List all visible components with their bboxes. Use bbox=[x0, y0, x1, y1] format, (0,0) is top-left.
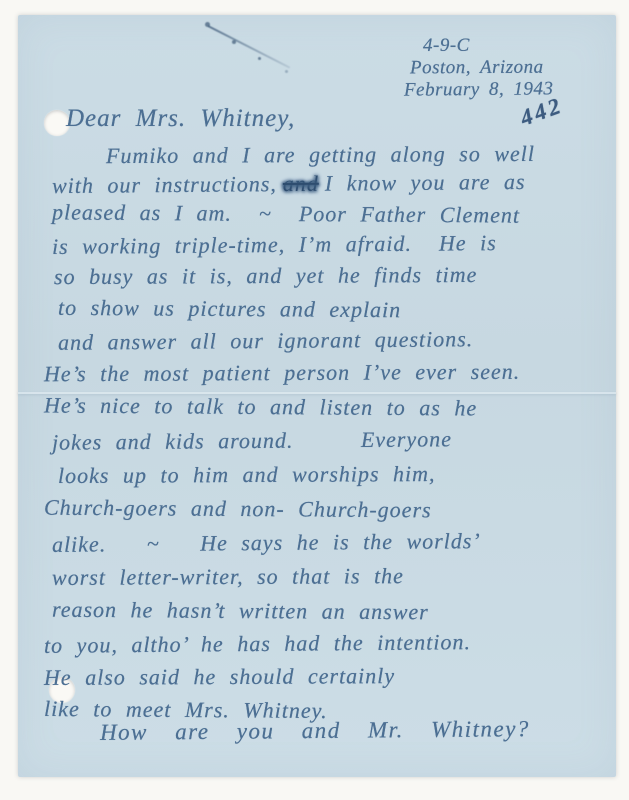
handwriting-line: worst letter-writer, so that is the bbox=[52, 563, 404, 591]
handwriting-line-corrected: with our instructions,andI know you are … bbox=[52, 169, 526, 199]
ink-smudge-dot bbox=[205, 22, 210, 27]
handwriting-line: to you, altho’ he has had the intention. bbox=[44, 629, 471, 659]
ink-smudge bbox=[208, 25, 291, 69]
salutation: Dear Mrs. Whitney, bbox=[66, 105, 295, 133]
handwriting-line: alike. ~ He says he is the worlds’ bbox=[52, 528, 481, 558]
handwriting-line: reason he hasn’t written an answer bbox=[52, 597, 429, 626]
ink-smudge-dot bbox=[285, 70, 288, 73]
handwriting-line: so busy as it is, and yet he finds time bbox=[54, 262, 478, 290]
handwriting-line: is working triple-time, I’m afraid. He i… bbox=[52, 230, 497, 260]
handwriting-line: pleased as I am. ~ Poor Father Clement bbox=[52, 199, 520, 228]
closing-question: How are you and Mr. Whitney? bbox=[100, 716, 530, 746]
handwriting-line: He also said he should certainly bbox=[44, 663, 395, 691]
header-date: February 8, 1943 bbox=[404, 78, 554, 101]
letter-scan: { "letter": { "header": { "address_line"… bbox=[0, 0, 629, 800]
handwriting-line: Church-goers and non- Church-goers bbox=[44, 495, 432, 524]
ink-smudge-dot bbox=[258, 57, 261, 60]
handwriting-line: He’s nice to talk to and listen to as he bbox=[44, 392, 477, 421]
handwriting-line: He’s the most patient person I’ve ever s… bbox=[44, 359, 520, 387]
handwriting-line: Fumiko and I are getting along so well bbox=[106, 141, 535, 169]
handwriting-line: and answer all our ignorant questions. bbox=[58, 326, 473, 356]
handwriting-line: to show us pictures and explain bbox=[58, 295, 401, 323]
struck-word: and bbox=[283, 171, 319, 196]
ink-smudge-dot bbox=[232, 40, 236, 44]
line-text-post: I know you are as bbox=[325, 169, 526, 196]
handwriting-line: jokes and kids around. Everyone bbox=[52, 426, 452, 455]
header-location: Poston, Arizona bbox=[410, 57, 544, 80]
handwriting-line: looks up to him and worships him, bbox=[58, 461, 436, 489]
letter-paper: 4-9-C Poston, Arizona February 8, 1943 4… bbox=[18, 15, 616, 777]
line-text-pre: with our instructions, bbox=[52, 171, 277, 198]
header-address: 4-9-C bbox=[423, 35, 470, 57]
